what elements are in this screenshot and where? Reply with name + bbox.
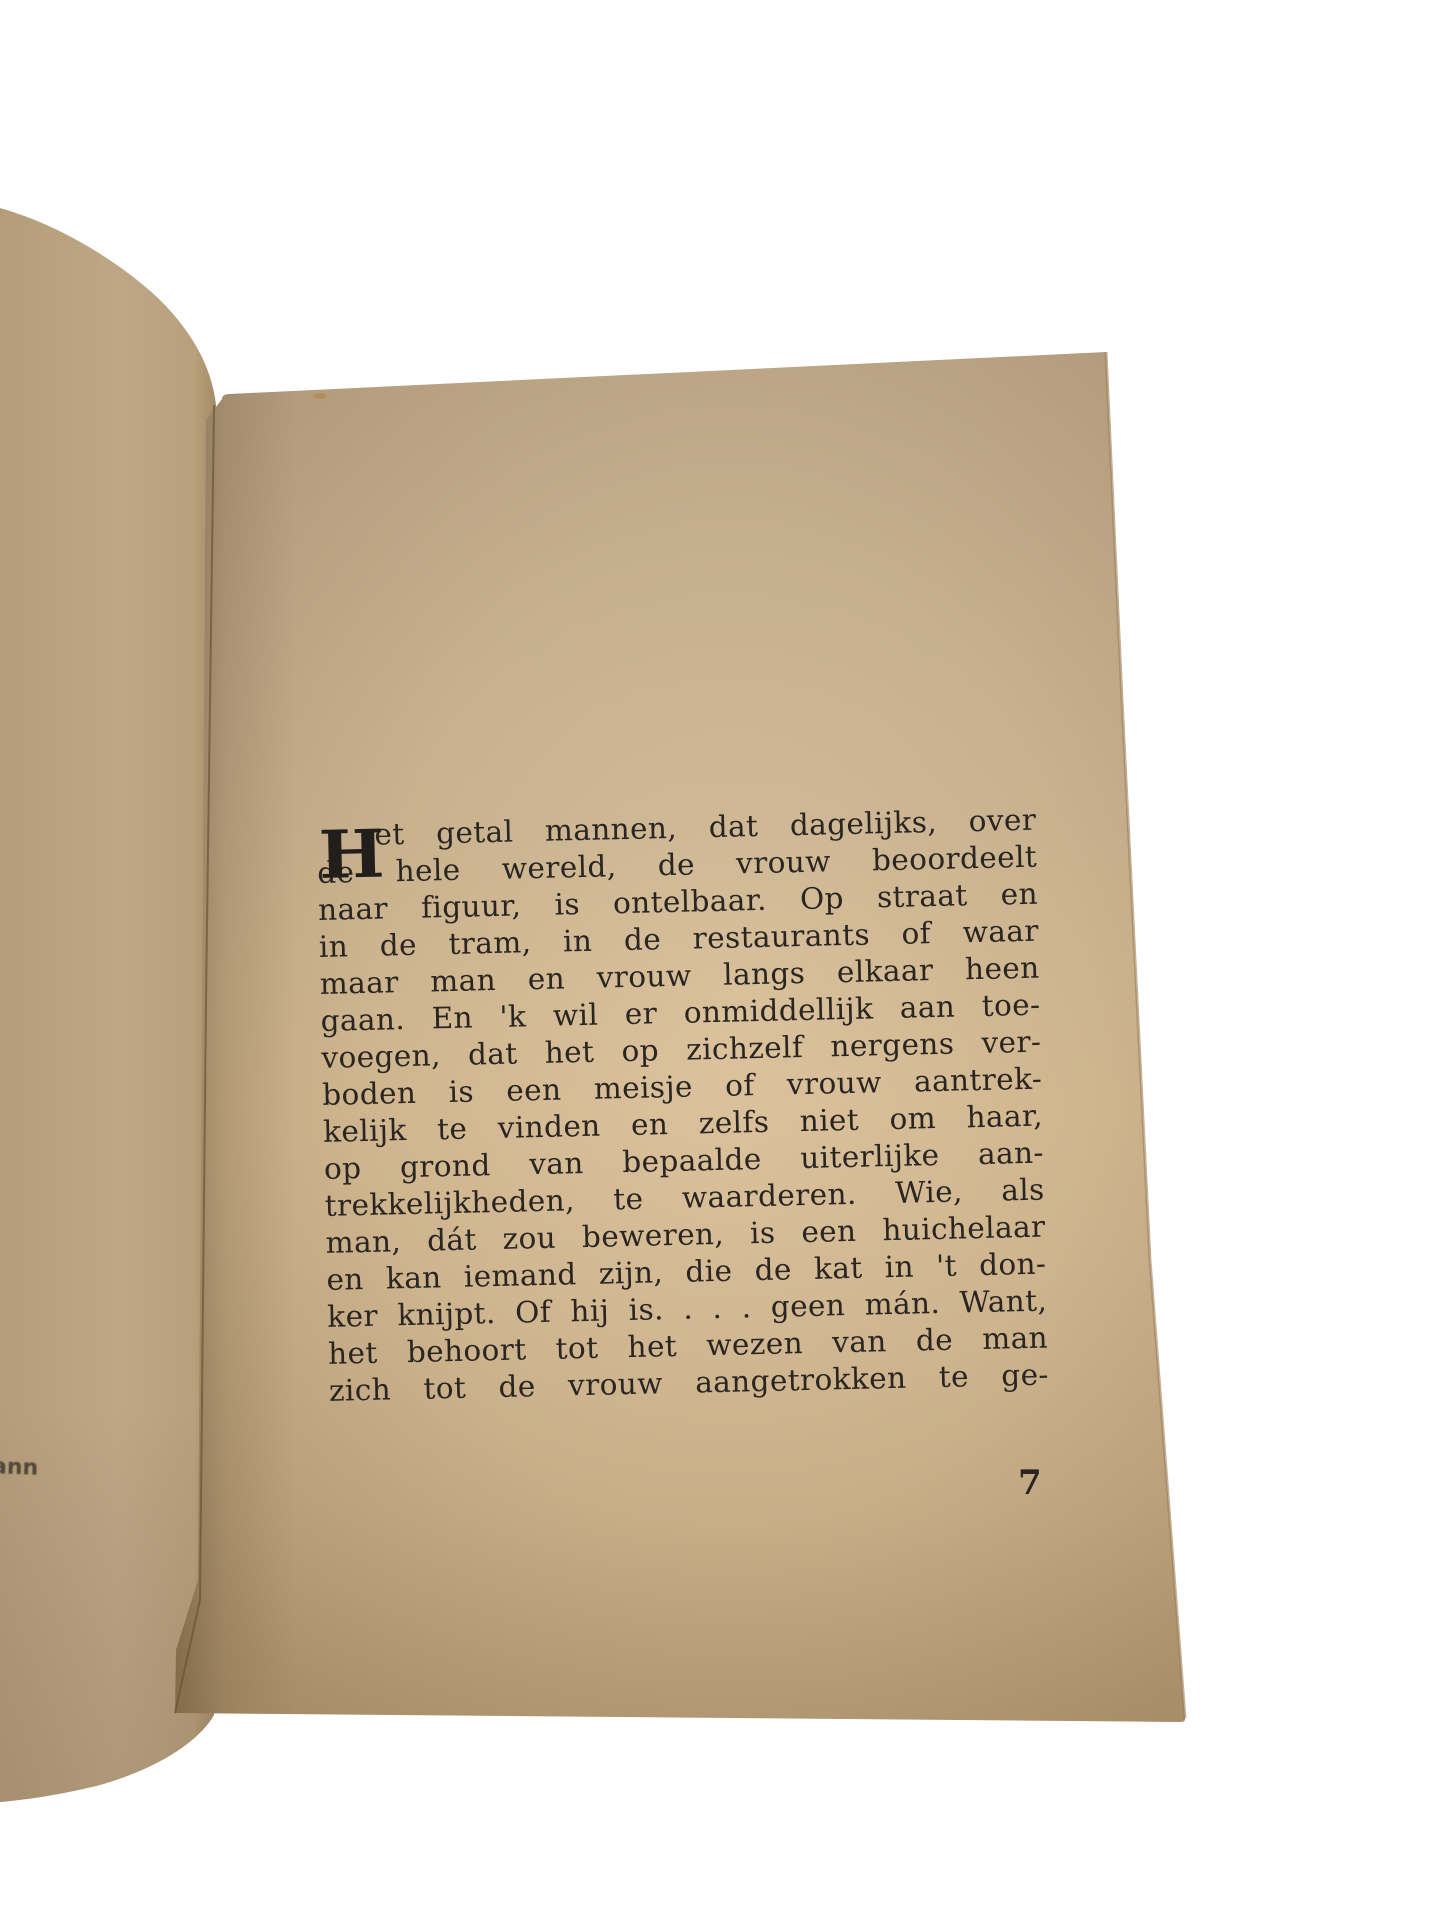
page-number: 7 — [1018, 1463, 1042, 1503]
drop-cap: H — [318, 820, 385, 887]
body-text: H et getal mannen, dat dagelijks, over d… — [316, 802, 1049, 1410]
book-photo: ann — [0, 0, 1440, 1920]
